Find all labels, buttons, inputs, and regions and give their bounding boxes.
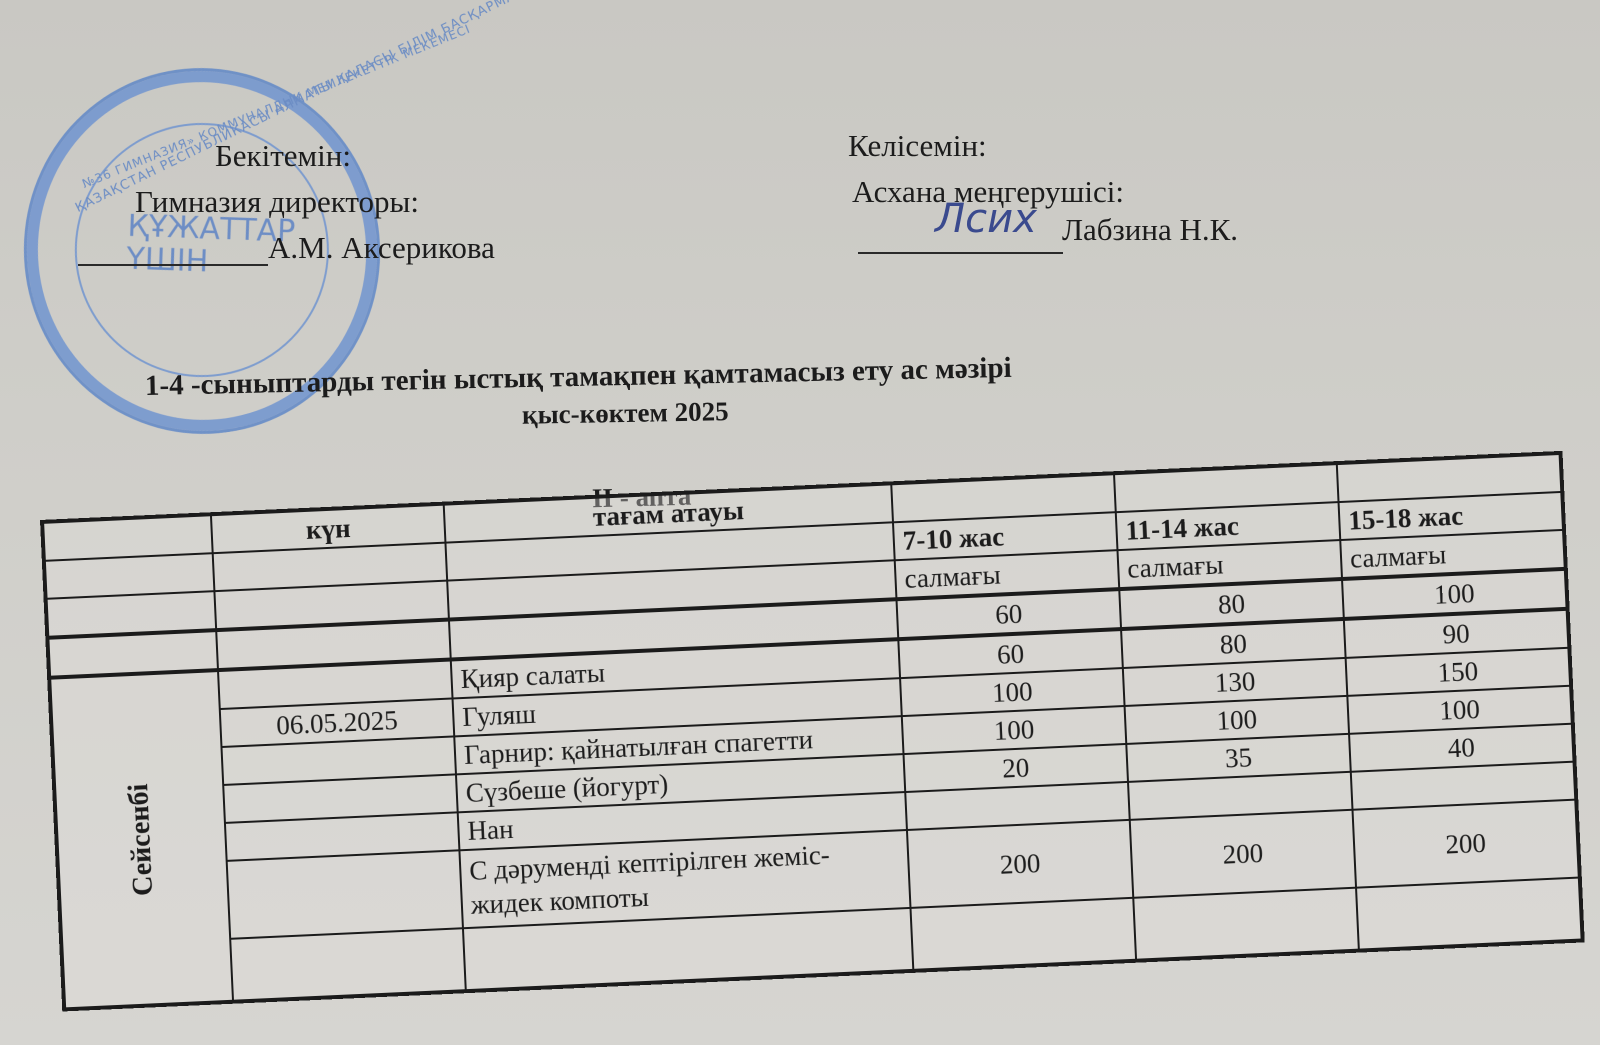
document-season: қыс-көктем 2025: [522, 396, 729, 431]
weight-11-14: 200: [1130, 810, 1356, 898]
signature-right: Лсих: [935, 196, 1037, 242]
approve-name: А.М. Аксерикова: [268, 232, 495, 263]
document-photo: ҚАЗАҚСТАН РЕСПУБЛИКАСЫ АЛМАТЫ ҚАЛАСЫ БІЛ…: [0, 0, 1600, 1045]
approve-position: Гимназия директоры:: [135, 186, 419, 217]
date-cell-empty: [230, 928, 466, 1002]
menu-table-wrapper: күн тағам атауы 7-10 жас 11-14 жас 15-18…: [40, 451, 1585, 1012]
agree-name: Лабзина Н.К.: [1062, 214, 1238, 245]
date-cell-empty: [227, 850, 463, 938]
agree-heading: Келісемін:: [848, 130, 987, 161]
weight-11-14: [1133, 888, 1359, 961]
weight-7-10: [910, 898, 1136, 971]
weight-15-18: 200: [1352, 800, 1579, 888]
signature-line-right: [858, 252, 1063, 254]
menu-table: күн тағам атауы 7-10 жас 11-14 жас 15-18…: [40, 451, 1585, 1012]
day-cell: Сейсенбі: [49, 670, 233, 1009]
weight-15-18: [1356, 878, 1583, 951]
day-name: Сейсенбі: [123, 783, 160, 897]
signature-line-left: [78, 264, 268, 266]
approve-heading: Бекітемін:: [215, 140, 351, 171]
weight-7-10: 200: [907, 820, 1133, 908]
